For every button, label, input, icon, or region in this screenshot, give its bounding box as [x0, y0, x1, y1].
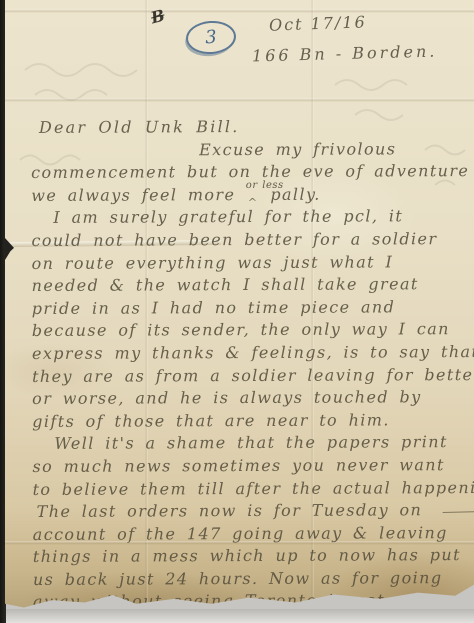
scan-backdrop [0, 609, 474, 623]
body-line: things in a mess which up to now has put [33, 544, 473, 569]
insertion-mark: ^ or less [246, 184, 260, 207]
body-line: us back just 24 hours. Now as for going [33, 567, 473, 592]
insertion-before-text: we always feel more [31, 185, 235, 205]
body-line: could not have been better for a soldier [31, 228, 471, 253]
body-line-with-stroke: The last orders now is for Tuesday on [33, 499, 473, 524]
insertion-text: or less [246, 175, 284, 198]
salutation-line: Dear Old Unk Bill. [31, 115, 471, 140]
body-line: gifts of those that are near to him. [32, 409, 472, 434]
scanned-letter-page: B 3 Oct 17/16 166 Bn - Borden. Dear Old … [0, 0, 474, 623]
pen-stroke [443, 509, 474, 513]
body-line: Well it's a shame that the papers print [32, 431, 472, 456]
body-line: pride in as I had no time piece and [32, 296, 472, 321]
page-number: 3 [205, 27, 218, 49]
body-line: needed & the watch I shall take great [32, 273, 472, 298]
body-line: or worse, and he is always touched by [32, 386, 472, 411]
body-line: The last orders now is for Tuesday on [37, 500, 423, 521]
body-line: they are as from a soldier leaving for b… [32, 364, 472, 389]
body-line: to believe them till after the actual ha… [32, 477, 472, 502]
paper-sheet: B 3 Oct 17/16 166 Bn - Borden. Dear Old … [5, 0, 474, 618]
body-line: on route everything was just what I [32, 251, 472, 276]
body-line: Excuse my frivolous [31, 138, 471, 163]
body-line-with-insertion: we always feel more ^ or less pally. [31, 183, 471, 208]
body-line: because of its sender, the only way I ca… [32, 318, 472, 343]
body-line: account of the 147 going away & leaving [33, 522, 473, 547]
body-line: express my thanks & feelings, is to say … [32, 341, 472, 366]
date-line: Oct 17/16 [269, 12, 367, 34]
body-line: so much news sometimes you never want [32, 454, 472, 479]
letter-body: Dear Old Unk Bill. Excuse my frivolous c… [31, 115, 473, 614]
